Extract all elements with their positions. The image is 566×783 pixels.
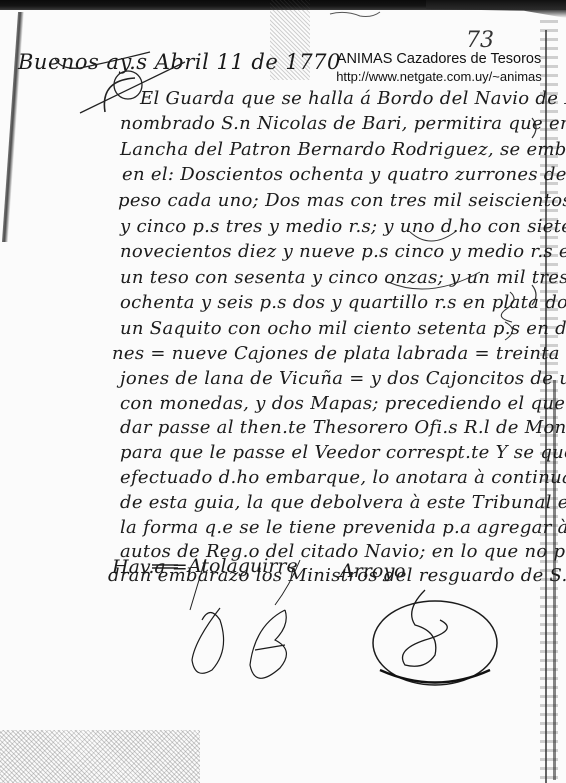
manuscript-line: un Saquito con ocho mil ciento setenta p…	[120, 318, 566, 339]
manuscript-line: El Guarda que se halla á Bordo del Navio…	[140, 88, 566, 109]
manuscript-line: efectuado d.ho embarque, lo anotara à co…	[120, 467, 566, 488]
manuscript-line: de esta guia, la que debolvera à este Tr…	[120, 492, 566, 513]
manuscript-line: Lancha del Patron Bernardo Rodriguez, se…	[120, 139, 566, 160]
manuscript-line: en el: Doscientos ochenta y quatro zurro…	[122, 164, 566, 185]
manuscript-body: El Guarda que se halla á Bordo del Navio…	[0, 0, 566, 783]
manuscript-line: novecientos diez y nueve p.s cinco y med…	[120, 241, 566, 262]
manuscript-line: la forma q.e se le tiene prevenida p.a a…	[120, 517, 566, 538]
signature-arroyo: Arroyo	[340, 560, 406, 582]
manuscript-line: ochenta y seis p.s dos y quartillo r.s e…	[120, 292, 566, 313]
manuscript-line: nombrado S.n Nicolas de Bari, permitira …	[120, 113, 566, 134]
manuscript-line: y cinco p.s tres y medio r.s; y uno d.ho…	[120, 216, 566, 237]
signature-atolaguirre: Atolaguirre	[188, 555, 298, 577]
manuscript-line: jones de lana de Vicuña = y dos Cajoncit…	[120, 368, 566, 389]
manuscript-line: para que le passe el Veedor correspt.te …	[120, 442, 566, 463]
manuscript-line: dar passe al then.te Thesorero Ofi.s R.l…	[120, 417, 566, 438]
manuscript-line: con monedas, y dos Mapas; precediendo el…	[120, 393, 566, 414]
closing-havana: Hav.a =	[112, 556, 188, 578]
manuscript-line: nes = nueve Cajones de plata labrada = t…	[112, 343, 566, 364]
scanned-document-page: Buenos ay.s Abril 11 de 1770 73 ANIMAS C…	[0, 0, 566, 783]
manuscript-line: un teso con sesenta y cinco onzas; y un …	[120, 267, 566, 288]
manuscript-line: peso cada uno; Dos mas con tres mil seis…	[118, 190, 566, 211]
